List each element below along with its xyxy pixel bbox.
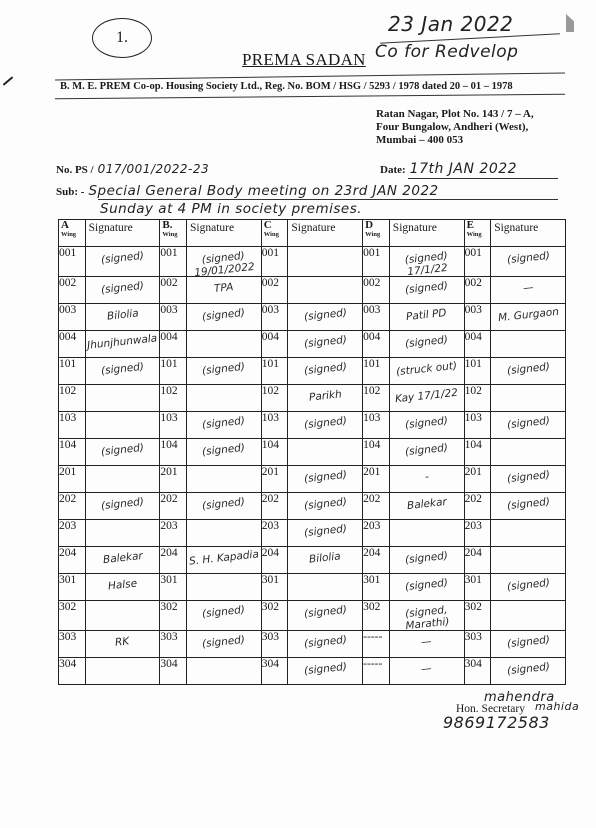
- signature-text: RK: [115, 635, 130, 648]
- flat-number: 003: [59, 304, 86, 331]
- signature-cell: (signed): [187, 358, 262, 385]
- stray-pen-mark: [3, 76, 13, 85]
- signature-text: (signed): [303, 523, 347, 539]
- flat-number: 203: [363, 520, 390, 547]
- flat-number: 204: [464, 547, 491, 574]
- signature-text: -: [424, 471, 429, 483]
- signature-text: Bilolia: [106, 307, 139, 322]
- flat-number: 303: [59, 631, 86, 658]
- date-field: Date: 17th JAN 2022: [380, 160, 517, 178]
- flat-number: 302: [363, 601, 390, 631]
- reference-label: No. PS /: [56, 164, 94, 176]
- signature-cell: (signed): [288, 331, 363, 358]
- signature-cell: (signed): [491, 658, 566, 685]
- signature-text: (signed) 17/1/22: [389, 248, 465, 280]
- flat-number: 104: [160, 439, 187, 466]
- signature-cell: (signed): [288, 520, 363, 547]
- signature-cell: [491, 601, 566, 631]
- signature-text: (signed): [506, 361, 550, 377]
- signature-cell: [187, 520, 262, 547]
- table-row: 301Halse301301301(signed)301(signed): [59, 574, 566, 601]
- wing-header: DWing: [363, 220, 390, 247]
- signature-text: (signed): [405, 442, 449, 458]
- signature-text: Halse: [107, 578, 137, 593]
- flat-number: 102: [160, 385, 187, 412]
- signature-cell: [85, 412, 160, 439]
- flat-number: 201: [160, 466, 187, 493]
- flat-number: 003: [261, 304, 288, 331]
- signature-cell: Balekar: [389, 493, 464, 520]
- flat-number: 104: [363, 439, 390, 466]
- signature-cell: (signed): [491, 247, 566, 277]
- flat-number: 203: [464, 520, 491, 547]
- signature-cell: [288, 277, 363, 304]
- signature-cell: (signed): [187, 439, 262, 466]
- signature-text: —: [522, 281, 534, 294]
- signature-cell: (struck out): [389, 358, 464, 385]
- flat-number: 102: [363, 385, 390, 412]
- signature-cell: [85, 520, 160, 547]
- signature-cell: —: [491, 277, 566, 304]
- signature-cell: [85, 601, 160, 631]
- signature-cell: Jhunjhunwala: [85, 331, 160, 358]
- signature-text: (signed): [202, 415, 246, 431]
- table-row: 001(signed)001(signed) 19/01/2022001001(…: [59, 247, 566, 277]
- wing-letter: A: [59, 220, 85, 231]
- subject-text: Special General Body meeting on 23rd JAN…: [88, 183, 438, 199]
- signature-cell: (signed): [389, 331, 464, 358]
- signature-cell: (signed): [187, 493, 262, 520]
- table-row: 202(signed)202(signed)202(signed)202Bale…: [59, 493, 566, 520]
- flat-number: 001: [261, 247, 288, 277]
- signature-cell: -: [389, 466, 464, 493]
- signature-cell: [85, 658, 160, 685]
- address-line: Ratan Nagar, Plot No. 143 / 7 – A,: [376, 108, 534, 121]
- signature-cell: (signed) 17/1/22: [389, 247, 464, 277]
- handwritten-date: 23 Jan 2022: [388, 12, 513, 36]
- secretary-phone: 9869172583: [443, 713, 550, 732]
- table-header: AWingSignatureB.WingSignatureCWingSignat…: [59, 220, 566, 247]
- flat-number: 101: [363, 358, 390, 385]
- signature-text: (signed): [202, 307, 246, 323]
- flat-number: 002: [261, 277, 288, 304]
- attendance-table: AWingSignatureB.WingSignatureCWingSignat…: [58, 219, 566, 685]
- signature-text: (signed): [303, 604, 347, 620]
- table-row: 103103(signed)103(signed)103(signed)103(…: [59, 412, 566, 439]
- signature-text: (signed): [202, 496, 246, 512]
- signature-cell: (signed): [288, 304, 363, 331]
- signature-header: Signature: [187, 220, 262, 247]
- signature-text: (signed): [405, 550, 449, 566]
- flat-number: 102: [59, 385, 86, 412]
- signature-cell: —: [389, 658, 464, 685]
- flat-number: 203: [261, 520, 288, 547]
- flat-number: 202: [160, 493, 187, 520]
- signature-cell: (signed): [491, 358, 566, 385]
- signature-cell: (signed): [389, 574, 464, 601]
- signature-cell: (signed): [288, 658, 363, 685]
- table-row: 203203203(signed)203203: [59, 520, 566, 547]
- signature-text: (signed): [303, 361, 347, 377]
- flat-number: 201: [363, 466, 390, 493]
- signature-cell: [491, 547, 566, 574]
- flat-number: 004: [160, 331, 187, 358]
- flat-number: 204: [363, 547, 390, 574]
- signature-cell: [288, 247, 363, 277]
- signature-cell: [187, 331, 262, 358]
- signature-text: Balekar: [102, 550, 143, 566]
- flat-number: 004: [261, 331, 288, 358]
- flat-number: 101: [261, 358, 288, 385]
- table-row: 101(signed)101(signed)101(signed)101(str…: [59, 358, 566, 385]
- table-row: 204Balekar204S. H. Kapadia204Bilolia204(…: [59, 547, 566, 574]
- signature-cell: Halse: [85, 574, 160, 601]
- signature-cell: Balekar: [85, 547, 160, 574]
- table-row: 003Bilolia003(signed)003(signed)003Patil…: [59, 304, 566, 331]
- flat-number: 101: [160, 358, 187, 385]
- divider: [55, 72, 565, 80]
- address-line: Mumbai – 400 053: [376, 134, 534, 147]
- signature-cell: TPA: [187, 277, 262, 304]
- reference-number: No. PS / 017/001/2022-23: [56, 160, 209, 178]
- signature-text: (signed, Marathi): [389, 602, 465, 634]
- signature-cell: S. H. Kapadia: [187, 547, 262, 574]
- table-row: 102102102Parikh102Kay 17/1/22102: [59, 385, 566, 412]
- subject-underline: [98, 199, 558, 200]
- signature-cell: [85, 385, 160, 412]
- signature-text: (signed): [100, 496, 144, 512]
- signature-cell: (signed): [288, 358, 363, 385]
- signature-cell: Patil PD: [389, 304, 464, 331]
- subject-label: Sub: -: [56, 186, 84, 198]
- wing-word: Wing: [59, 231, 85, 239]
- signature-text: (signed): [303, 415, 347, 431]
- signature-cell: (signed): [85, 439, 160, 466]
- flat-number: 004: [363, 331, 390, 358]
- signature-text: (signed): [506, 415, 550, 431]
- corner-mark: [566, 14, 574, 32]
- signature-header: Signature: [288, 220, 363, 247]
- flat-number: 203: [160, 520, 187, 547]
- signature-text: (signed): [303, 334, 347, 350]
- flat-number: 302: [261, 601, 288, 631]
- signature-cell: (signed): [389, 439, 464, 466]
- wing-word: Wing: [262, 231, 288, 239]
- flat-number: 301: [464, 574, 491, 601]
- flat-number: 204: [261, 547, 288, 574]
- signature-cell: (signed): [85, 493, 160, 520]
- flat-number: 302: [464, 601, 491, 631]
- signature-cell: (signed): [389, 412, 464, 439]
- signature-text: M. Gurgaon: [497, 306, 559, 324]
- address-block: Ratan Nagar, Plot No. 143 / 7 – A, Four …: [376, 108, 534, 147]
- flat-number: 204: [160, 547, 187, 574]
- flat-number: 003: [160, 304, 187, 331]
- flat-number: 003: [363, 304, 390, 331]
- flat-number: 103: [261, 412, 288, 439]
- flat-number: 304: [59, 658, 86, 685]
- signature-text: (signed): [506, 496, 550, 512]
- table-row: 304304304(signed)-----—304(signed): [59, 658, 566, 685]
- signature-text: (signed): [303, 661, 347, 677]
- signature-text: Kay 17/1/22: [395, 387, 459, 406]
- signature-text: (signed): [202, 361, 246, 377]
- signature-text: (signed): [506, 661, 550, 677]
- table-row: 201201201(signed)201-201(signed): [59, 466, 566, 493]
- flat-number: 304: [464, 658, 491, 685]
- signature-header: Signature: [389, 220, 464, 247]
- flat-number: 001: [363, 247, 390, 277]
- reference-value: 017/001/2022-23: [98, 162, 210, 176]
- signature-text: Patil PD: [406, 307, 448, 323]
- signature-cell: (signed): [288, 493, 363, 520]
- signature-cell: M. Gurgaon: [491, 304, 566, 331]
- date-value: 17th JAN 2022: [410, 161, 517, 177]
- date-underline: [408, 178, 558, 179]
- signature-cell: (signed): [85, 358, 160, 385]
- signature-text: (signed): [100, 250, 144, 266]
- flat-number: 004: [59, 331, 86, 358]
- table-row: 104(signed)104(signed)104104(signed)104: [59, 439, 566, 466]
- table-row: 302302(signed)302(signed)302(signed, Mar…: [59, 601, 566, 631]
- subject-continuation: Sunday at 4 PM in society premises.: [100, 201, 362, 217]
- wing-word: Wing: [160, 231, 186, 239]
- signature-text: (signed): [506, 577, 550, 593]
- signature-cell: [491, 385, 566, 412]
- signature-cell: RK: [85, 631, 160, 658]
- signature-text: (signed): [100, 280, 144, 296]
- signature-text: S. H. Kapadia: [188, 548, 259, 567]
- signature-cell: (signed): [491, 631, 566, 658]
- signature-text: (signed): [202, 634, 246, 650]
- signature-text: (signed): [506, 250, 550, 266]
- signature-text: (signed) 19/01/2022: [186, 248, 262, 280]
- flat-number: 002: [363, 277, 390, 304]
- flat-number: 202: [59, 493, 86, 520]
- signature-text: (signed): [303, 634, 347, 650]
- flat-number: 101: [59, 358, 86, 385]
- signature-text: (signed): [100, 361, 144, 377]
- signature-header: Signature: [491, 220, 566, 247]
- signature-cell: (signed): [187, 304, 262, 331]
- wing-header: B.Wing: [160, 220, 187, 247]
- signature-text: Parikh: [308, 388, 342, 403]
- signature-cell: (signed): [389, 547, 464, 574]
- flat-number: 101: [464, 358, 491, 385]
- flat-number: 202: [363, 493, 390, 520]
- signature-cell: (signed): [288, 601, 363, 631]
- table-row: 002(signed)002TPA002002(signed)002—: [59, 277, 566, 304]
- signature-cell: [389, 520, 464, 547]
- signature-text: Balekar: [406, 496, 447, 512]
- signature-cell: [187, 574, 262, 601]
- signature-cell: [187, 385, 262, 412]
- signature-cell: (signed): [187, 631, 262, 658]
- signature-text: —: [421, 635, 433, 648]
- signature-text: (signed): [202, 442, 246, 458]
- signature-cell: (signed): [389, 277, 464, 304]
- flat-number: 103: [363, 412, 390, 439]
- signature-cell: (signed, Marathi): [389, 601, 464, 631]
- signature-text: (signed): [405, 577, 449, 593]
- page-marker: 1.: [92, 18, 152, 58]
- wing-header: AWing: [59, 220, 86, 247]
- signature-cell: Kay 17/1/22: [389, 385, 464, 412]
- signature-text: (signed): [303, 307, 347, 323]
- flat-number: 303: [261, 631, 288, 658]
- flat-number: 001: [59, 247, 86, 277]
- flat-number: 103: [464, 412, 491, 439]
- flat-number: 301: [261, 574, 288, 601]
- signature-cell: [491, 520, 566, 547]
- flat-number: 203: [59, 520, 86, 547]
- signature-cell: (signed): [85, 247, 160, 277]
- signature-cell: (signed): [187, 412, 262, 439]
- wing-letter: B.: [160, 220, 186, 231]
- flat-number: 301: [59, 574, 86, 601]
- flat-number: 304: [160, 658, 187, 685]
- divider: [55, 94, 565, 99]
- flat-number: 102: [464, 385, 491, 412]
- flat-number: 303: [160, 631, 187, 658]
- signature-cell: [187, 466, 262, 493]
- signature-cell: (signed): [491, 493, 566, 520]
- flat-number: 104: [261, 439, 288, 466]
- flat-number: 204: [59, 547, 86, 574]
- signature-cell: (signed): [491, 574, 566, 601]
- flat-number: 102: [261, 385, 288, 412]
- signature-cell: (signed) 19/01/2022: [187, 247, 262, 277]
- flat-number: 004: [464, 331, 491, 358]
- signature-cell: (signed): [288, 631, 363, 658]
- signature-text: (signed): [100, 442, 144, 458]
- flat-number: 202: [464, 493, 491, 520]
- flat-number: 002: [464, 277, 491, 304]
- flat-number: 001: [160, 247, 187, 277]
- signature-cell: —: [389, 631, 464, 658]
- signature-cell: Bilolia: [85, 304, 160, 331]
- table-row: 303RK303(signed)303(signed)-----—303(sig…: [59, 631, 566, 658]
- date-label: Date:: [380, 164, 406, 176]
- flat-number: 304: [261, 658, 288, 685]
- signature-text: —: [421, 662, 433, 675]
- flat-number: 301: [363, 574, 390, 601]
- flat-number: 103: [160, 412, 187, 439]
- signature-text: (signed): [303, 496, 347, 512]
- signature-cell: [288, 574, 363, 601]
- wing-letter: C: [262, 220, 288, 231]
- signature-cell: [85, 466, 160, 493]
- signature-text: (signed): [506, 469, 550, 485]
- flat-number: 302: [160, 601, 187, 631]
- address-line: Four Bungalow, Andheri (West),: [376, 121, 534, 134]
- flat-number: 104: [59, 439, 86, 466]
- signature-cell: [491, 439, 566, 466]
- handwritten-note: Co for Redvelop: [375, 42, 518, 62]
- signature-text: (signed): [405, 415, 449, 431]
- flat-number: -----: [363, 658, 390, 685]
- signature-text: (struck out): [396, 360, 458, 378]
- flat-number: 001: [464, 247, 491, 277]
- table-row: 004Jhunjhunwala004004(signed)004(signed)…: [59, 331, 566, 358]
- signature-text: TPA: [214, 281, 235, 295]
- flat-number: 003: [464, 304, 491, 331]
- flat-number: 002: [160, 277, 187, 304]
- wing-header: EWing: [464, 220, 491, 247]
- signature-cell: (signed): [491, 412, 566, 439]
- signature-cell: (signed): [187, 601, 262, 631]
- registration-line: B. M. E. PREM Co-op. Housing Society Ltd…: [60, 81, 513, 92]
- wing-header: CWing: [261, 220, 288, 247]
- document-title: PREMA SADAN: [242, 50, 366, 70]
- flat-number: 201: [59, 466, 86, 493]
- wing-letter: E: [465, 220, 491, 231]
- signature-header: Signature: [85, 220, 160, 247]
- flat-number: 302: [59, 601, 86, 631]
- wing-word: Wing: [465, 231, 491, 239]
- flat-number: 202: [261, 493, 288, 520]
- signature-cell: (signed): [288, 412, 363, 439]
- secretary-surname: mahida: [535, 700, 579, 713]
- signature-cell: (signed): [85, 277, 160, 304]
- wing-word: Wing: [363, 231, 389, 239]
- flat-number: -----: [363, 631, 390, 658]
- signature-cell: Parikh: [288, 385, 363, 412]
- signature-cell: (signed): [491, 466, 566, 493]
- flat-number: 103: [59, 412, 86, 439]
- flat-number: 002: [59, 277, 86, 304]
- signature-cell: [491, 331, 566, 358]
- signature-cell: Bilolia: [288, 547, 363, 574]
- signature-text: Jhunjhunwala: [87, 332, 158, 351]
- signature-text: (signed): [405, 280, 449, 296]
- subject-line: Sub: - Special General Body meeting on 2…: [56, 182, 439, 200]
- wing-letter: D: [363, 220, 389, 231]
- flat-number: 201: [464, 466, 491, 493]
- signature-text: (signed): [506, 634, 550, 650]
- signature-text: Bilolia: [309, 550, 342, 565]
- signature-cell: [187, 658, 262, 685]
- signature-cell: (signed): [288, 466, 363, 493]
- flat-number: 301: [160, 574, 187, 601]
- flat-number: 104: [464, 439, 491, 466]
- signature-cell: [288, 439, 363, 466]
- signature-text: (signed): [202, 604, 246, 620]
- flat-number: 303: [464, 631, 491, 658]
- signature-text: (signed): [405, 334, 449, 350]
- signature-text: (signed): [303, 469, 347, 485]
- flat-number: 201: [261, 466, 288, 493]
